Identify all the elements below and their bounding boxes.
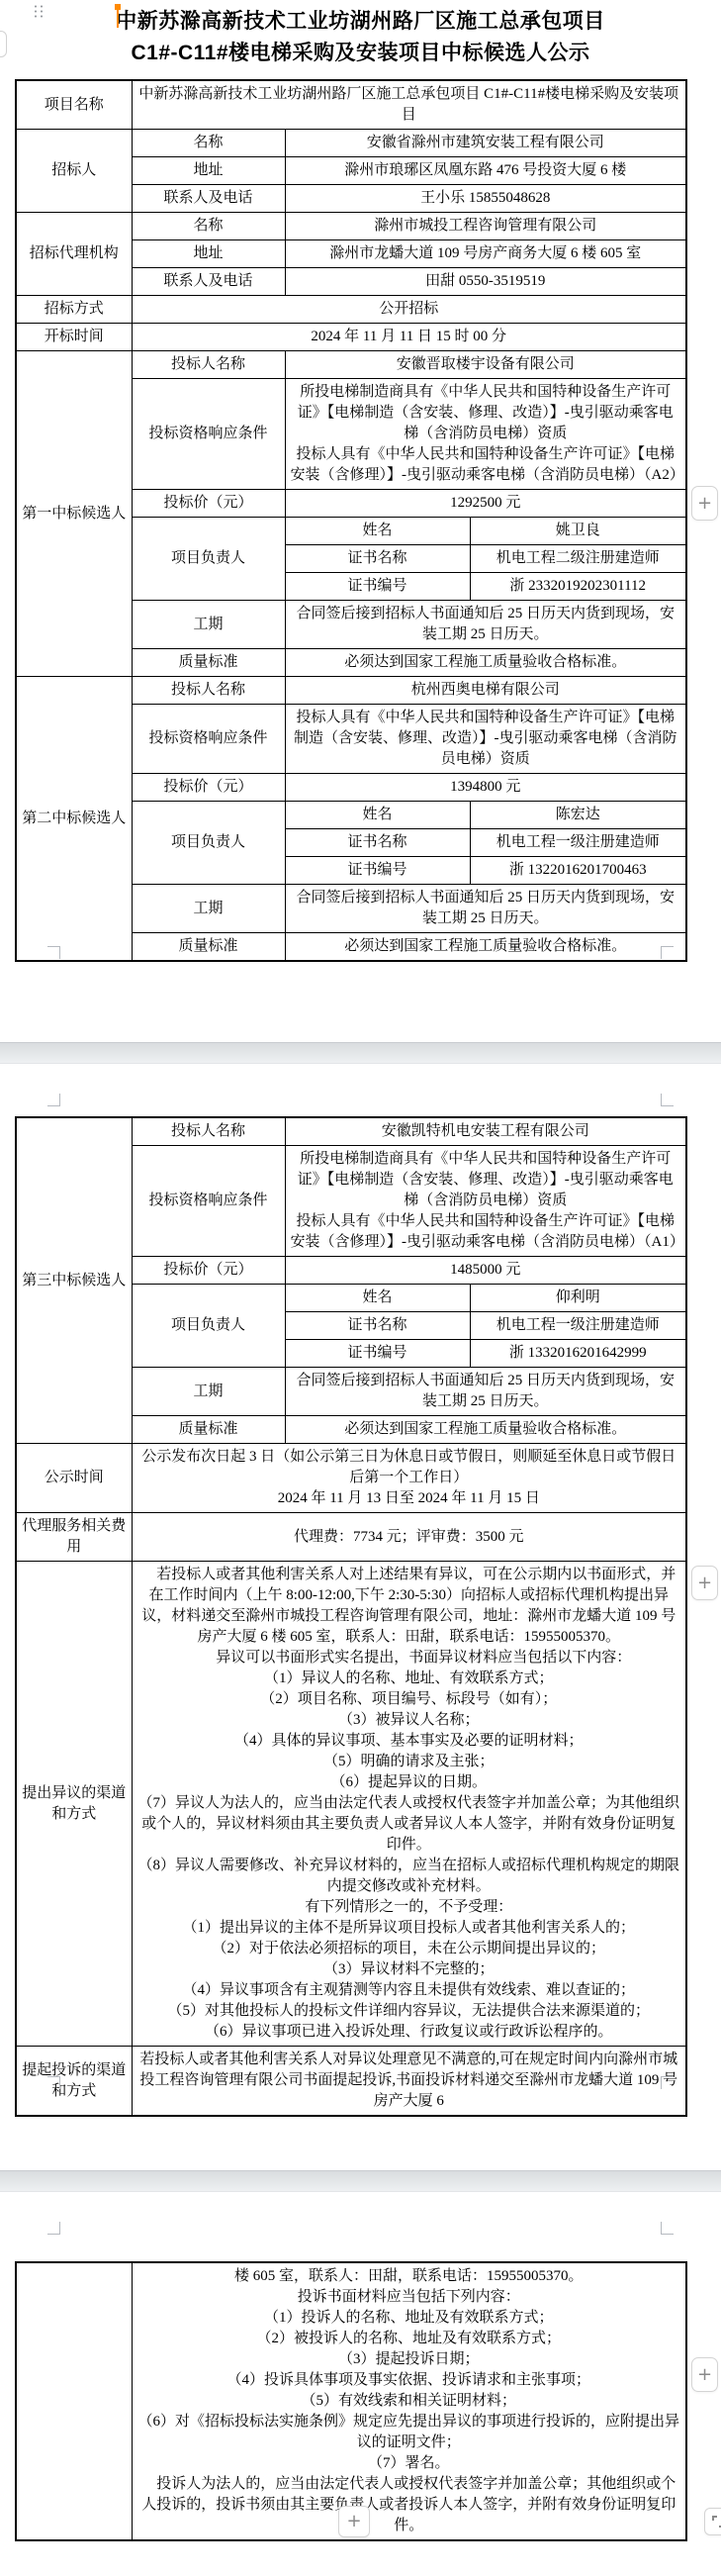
- publicity-period-text: 公示发布次日起 3 日（如公示第三日为休息日或节假日，则顺延至休息日或节假日后第…: [137, 1447, 681, 1488]
- value-c1-duration: 合同签后接到招标人书面通知后 25 日历天内货到现场，安装工期 25 日历天。: [285, 601, 686, 649]
- value-project-name: 中新苏滁高新技术工业坊湖州路厂区施工总承包项目 C1#-C11#楼电梯采购及安装…: [132, 80, 686, 130]
- label-c3-qualification: 投标资格响应条件: [132, 1146, 285, 1257]
- value-agency-address: 滁州市龙蟠大道 109 号房产商务大厦 6 楼 605 室: [285, 240, 686, 268]
- label-bid-open-time: 开标时间: [16, 324, 132, 351]
- label-c2-person-name: 姓名: [285, 802, 470, 829]
- value-tenderer-name: 安徽省滁州市建筑安装工程有限公司: [285, 130, 686, 157]
- margin-corner-mark: [47, 2076, 60, 2089]
- label-c1-cert-no: 证书编号: [285, 573, 470, 601]
- value-c1-cert-name: 机电工程二级注册建造师: [470, 545, 686, 573]
- label-c1-bidder: 投标人名称: [132, 351, 285, 379]
- label-complaint-channel: 提起投诉的渠道和方式: [16, 2047, 132, 2117]
- expand-icon: [712, 2516, 721, 2528]
- margin-corner-mark: [661, 2076, 674, 2089]
- value-c3-cert-no: 浙 1332016201642999: [470, 1340, 686, 1368]
- title-line-1: 中新苏滁高新技术工业坊湖州路厂区施工总承包项目: [18, 6, 703, 38]
- label-c2-cert-no: 证书编号: [285, 857, 470, 885]
- value-c2-quality: 必须达到国家工程施工质量验收合格标准。: [285, 933, 686, 962]
- document-canvas: ⋮ 中新苏滁高新技术工业坊湖州路厂区施工总承包项目 C1#-C11#楼电梯采购及…: [0, 0, 721, 2576]
- margin-corner-mark: [47, 2222, 60, 2235]
- value-c1-cert-no: 浙 2332019202301112: [470, 573, 686, 601]
- table-row: 招标人 名称 安徽省滁州市建筑安装工程有限公司: [16, 130, 686, 157]
- label-agency: 招标代理机构: [16, 213, 132, 296]
- label-tenderer: 招标人: [16, 130, 132, 213]
- margin-corner-mark: [661, 1094, 674, 1106]
- value-c2-price: 1394800 元: [285, 774, 686, 802]
- label-c2-price: 投标价（元）: [132, 774, 285, 802]
- table-row: 提出异议的渠道和方式 若投标人或者其他利害关系人对上述结果有异议，可在公示期内以…: [16, 1562, 686, 2047]
- value-c3-bidder: 安徽凯特机电安装工程有限公司: [285, 1117, 686, 1146]
- label-c1-cert-name: 证书名称: [285, 545, 470, 573]
- margin-corner-mark: [47, 1094, 60, 1106]
- margin-corner-mark: [661, 2222, 674, 2235]
- bid-announcement-table-page3: 楼 605 室，联系人：田甜，联系电话：15955005370。 投诉书面材料应…: [15, 2261, 687, 2541]
- label-c3-person-name: 姓名: [285, 1285, 470, 1312]
- value-c2-cert-name: 机电工程一级注册建造师: [470, 829, 686, 857]
- label-c3-bidder: 投标人名称: [132, 1117, 285, 1146]
- label-candidate-3: 第三中标候选人: [16, 1117, 132, 1444]
- page-separator: [0, 1042, 721, 1064]
- value-complaint-channel: 若投标人或者其他利害关系人对异议处理意见不满意的,可在规定时间内向滁州市城投工程…: [132, 2047, 686, 2117]
- value-c1-quality: 必须达到国家工程施工质量验收合格标准。: [285, 649, 686, 677]
- table-row: 招标代理机构 名称 滁州市城投工程咨询管理有限公司: [16, 213, 686, 240]
- table-row: 第二中标候选人 投标人名称 杭州西奥电梯有限公司: [16, 677, 686, 705]
- left-edge-menu-button[interactable]: ⋮: [0, 31, 7, 57]
- label-complaint-continued: [16, 2262, 132, 2540]
- value-objection-channel: 若投标人或者其他利害关系人对上述结果有异议，可在公示期内以书面形式，并在工作时间…: [132, 1562, 686, 2047]
- label-c3-cert-name: 证书名称: [285, 1312, 470, 1340]
- label-c1-person-name: 姓名: [285, 518, 470, 545]
- table-row: 提起投诉的渠道和方式 若投标人或者其他利害关系人对异议处理意见不满意的,可在规定…: [16, 2047, 686, 2117]
- expand-button[interactable]: [704, 2508, 721, 2535]
- margin-corner-mark: [661, 946, 674, 959]
- table-row: 第一中标候选人 投标人名称 安徽晋取楼宇设备有限公司: [16, 351, 686, 379]
- label-tenderer-contact: 联系人及电话: [132, 185, 285, 213]
- label-c3-price: 投标价（元）: [132, 1257, 285, 1285]
- value-complaint-continued: 楼 605 室，联系人：田甜，联系电话：15955005370。 投诉书面材料应…: [132, 2262, 686, 2540]
- label-c1-duration: 工期: [132, 601, 285, 649]
- value-c3-cert-name: 机电工程一级注册建造师: [470, 1312, 686, 1340]
- value-agency-contact: 田甜 0550-3519519: [285, 268, 686, 296]
- value-publicity-period: 公示发布次日起 3 日（如公示第三日为休息日或节假日，则顺延至休息日或节假日后第…: [132, 1444, 686, 1513]
- label-project-name: 项目名称: [16, 80, 132, 130]
- label-agency-contact: 联系人及电话: [132, 268, 285, 296]
- label-c2-bidder: 投标人名称: [132, 677, 285, 705]
- label-c1-quality: 质量标准: [132, 649, 285, 677]
- value-bid-method: 公开招标: [132, 296, 686, 324]
- value-c3-person-name: 仰利明: [470, 1285, 686, 1312]
- page-separator: [0, 2170, 721, 2192]
- label-candidate-2: 第二中标候选人: [16, 677, 132, 962]
- label-c3-cert-no: 证书编号: [285, 1340, 470, 1368]
- value-c3-duration: 合同签后接到招标人书面通知后 25 日历天内货到现场，安装工期 25 日历天。: [285, 1368, 686, 1416]
- value-c1-qualification: 所投电梯制造商具有《中华人民共和国特种设备生产许可证》【电梯制造（含安装、修理、…: [285, 379, 686, 490]
- label-c3-duration: 工期: [132, 1368, 285, 1416]
- page-title: 中新苏滁高新技术工业坊湖州路厂区施工总承包项目 C1#-C11#楼电梯采购及安装…: [18, 6, 703, 69]
- table-row: 招标方式 公开招标: [16, 296, 686, 324]
- value-c2-cert-no: 浙 1322016201700463: [470, 857, 686, 885]
- table-row: 楼 605 室，联系人：田甜，联系电话：15955005370。 投诉书面材料应…: [16, 2262, 686, 2540]
- value-tenderer-contact: 王小乐 15855048628: [285, 185, 686, 213]
- bid-announcement-table-page2: 第三中标候选人 投标人名称 安徽凯特机电安装工程有限公司 投标资格响应条件 所投…: [15, 1116, 687, 2117]
- plus-icon: +: [697, 493, 712, 514]
- collab-caret: [117, 7, 119, 28]
- label-c3-manager: 项目负责人: [132, 1285, 285, 1368]
- label-tenderer-name: 名称: [132, 130, 285, 157]
- page-2: 第三中标候选人 投标人名称 安徽凯特机电安装工程有限公司 投标资格响应条件 所投…: [0, 1064, 721, 2170]
- value-c3-price: 1485000 元: [285, 1257, 686, 1285]
- value-tenderer-address: 滁州市琅琊区凤凰东路 476 号投资大厦 6 楼: [285, 157, 686, 185]
- label-c1-qualification: 投标资格响应条件: [132, 379, 285, 490]
- insert-row-plus-button[interactable]: +: [691, 1566, 718, 1600]
- value-bid-open-time: 2024 年 11 月 11 日 15 时 00 分: [132, 324, 686, 351]
- value-c1-bidder: 安徽晋取楼宇设备有限公司: [285, 351, 686, 379]
- bid-announcement-table-page1: 项目名称 中新苏滁高新技术工业坊湖州路厂区施工总承包项目 C1#-C11#楼电梯…: [15, 79, 687, 962]
- label-c2-cert-name: 证书名称: [285, 829, 470, 857]
- publicity-dates: 2024 年 11 月 13 日至 2024 年 11 月 15 日: [137, 1488, 681, 1509]
- label-tenderer-address: 地址: [132, 157, 285, 185]
- value-c3-qualification: 所投电梯制造商具有《中华人民共和国特种设备生产许可证》【电梯制造（含安装、修理、…: [285, 1146, 686, 1257]
- label-c2-manager: 项目负责人: [132, 802, 285, 885]
- label-c1-price: 投标价（元）: [132, 490, 285, 518]
- label-candidate-1: 第一中标候选人: [16, 351, 132, 677]
- value-c1-person-name: 姚卫良: [470, 518, 686, 545]
- table-row: 公示时间 公示发布次日起 3 日（如公示第三日为休息日或节假日，则顺延至休息日或…: [16, 1444, 686, 1513]
- table-row: 代理服务相关费用 代理费：7734 元；评审费：3500 元: [16, 1513, 686, 1562]
- insert-row-plus-button[interactable]: +: [691, 486, 718, 521]
- value-c2-person-name: 陈宏达: [470, 802, 686, 829]
- label-publicity-period: 公示时间: [16, 1444, 132, 1513]
- value-c2-duration: 合同签后接到招标人书面通知后 25 日历天内货到现场，安装工期 25 日历天。: [285, 885, 686, 933]
- value-c2-bidder: 杭州西奥电梯有限公司: [285, 677, 686, 705]
- value-c2-qualification: 投标人具有《中华人民共和国特种设备生产许可证》【电梯制造（含安装、修理、改造）】…: [285, 705, 686, 774]
- plus-icon: +: [697, 2364, 712, 2385]
- table-row: 开标时间 2024 年 11 月 11 日 15 时 00 分: [16, 324, 686, 351]
- margin-corner-mark: [47, 946, 60, 959]
- label-objection-channel: 提出异议的渠道和方式: [16, 1562, 132, 2047]
- plus-icon: +: [346, 2511, 361, 2531]
- insert-row-plus-button[interactable]: +: [691, 2357, 718, 2392]
- title-line-2: C1#-C11#楼电梯采购及安装项目中标候选人公示: [18, 38, 703, 69]
- value-c3-quality: 必须达到国家工程施工质量验收合格标准。: [285, 1416, 686, 1444]
- label-agency-address: 地址: [132, 240, 285, 268]
- page-1: ⋮ 中新苏滁高新技术工业坊湖州路厂区施工总承包项目 C1#-C11#楼电梯采购及…: [0, 0, 721, 1042]
- table-row: 项目名称 中新苏滁高新技术工业坊湖州路厂区施工总承包项目 C1#-C11#楼电梯…: [16, 80, 686, 130]
- label-agency-name: 名称: [132, 213, 285, 240]
- label-agency-fees: 代理服务相关费用: [16, 1513, 132, 1562]
- value-agency-fees: 代理费：7734 元；评审费：3500 元: [132, 1513, 686, 1562]
- value-c1-price: 1292500 元: [285, 490, 686, 518]
- plus-icon: +: [697, 1573, 712, 1593]
- label-bid-method: 招标方式: [16, 296, 132, 324]
- label-c2-qualification: 投标资格响应条件: [132, 705, 285, 774]
- drag-handle-icon[interactable]: [33, 4, 45, 19]
- label-c2-duration: 工期: [132, 885, 285, 933]
- label-c3-quality: 质量标准: [132, 1416, 285, 1444]
- table-row: 第三中标候选人 投标人名称 安徽凯特机电安装工程有限公司: [16, 1117, 686, 1146]
- label-c1-manager: 项目负责人: [132, 518, 285, 601]
- label-c2-quality: 质量标准: [132, 933, 285, 962]
- add-content-plus-button[interactable]: +: [338, 2506, 370, 2537]
- value-agency-name: 滁州市城投工程咨询管理有限公司: [285, 213, 686, 240]
